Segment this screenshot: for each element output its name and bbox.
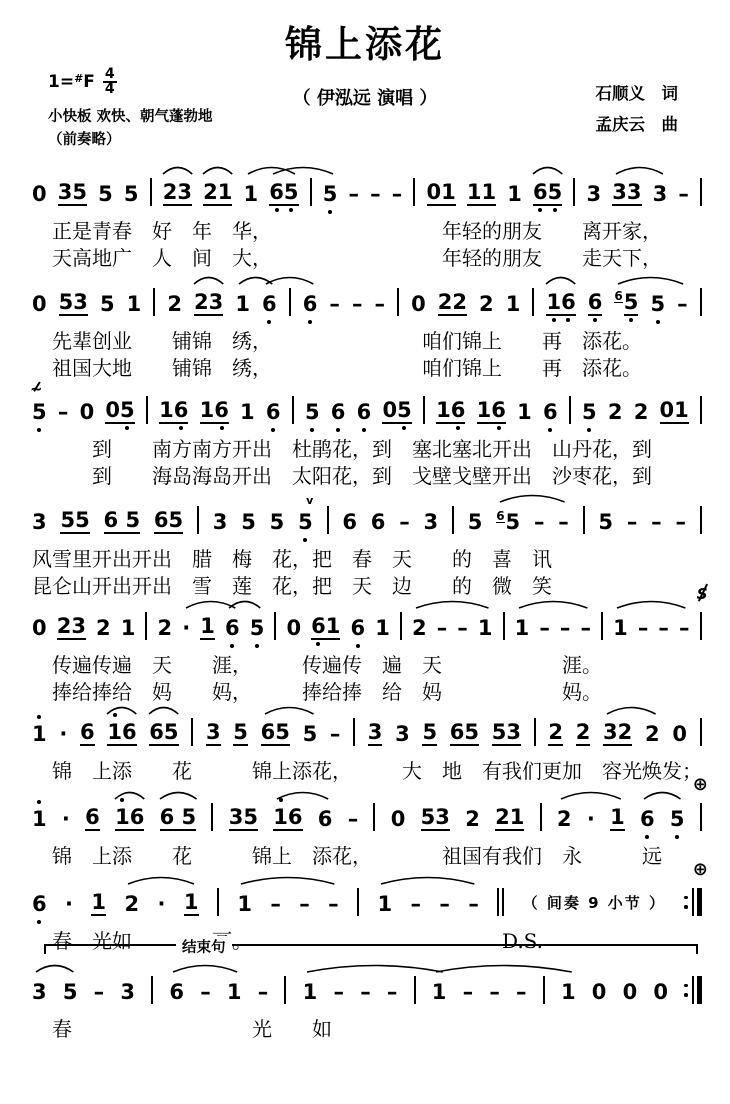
note: 6 [225, 616, 240, 640]
slur-arc [247, 165, 296, 175]
note: 53 [421, 805, 450, 831]
notes-line: 1·6166535655–3356553223220 [32, 702, 702, 758]
note: – [516, 980, 527, 1004]
note: – [258, 980, 269, 1004]
barline [700, 396, 702, 424]
note: – [330, 722, 341, 746]
slur-arc [264, 705, 315, 715]
notes-line: 5~–0051616165660516161652201 [32, 380, 702, 436]
note: 21 [495, 805, 524, 831]
lyrics-line-1: 春 光 如 [32, 1016, 702, 1043]
note: 16 [273, 805, 302, 831]
note: 2 [645, 722, 660, 746]
note: 3 [213, 510, 228, 534]
note: 32 [603, 720, 632, 746]
note: 2 [412, 616, 427, 640]
note: – [299, 892, 310, 916]
slur-arc [643, 790, 682, 800]
notes-line: 6·12·11–––1–––（ 间奏 9 小节 ）⊕ [32, 872, 702, 928]
barline [700, 506, 702, 534]
slur-arc [162, 165, 193, 175]
barline [534, 718, 536, 746]
note: – [329, 292, 340, 316]
note: 1 [240, 400, 255, 424]
sheet-music-page: 锦上添花 （ 伊泓远 演唱 ） 1=#F44 小快板 欢快、朝气蓬勃地 （前奏略… [0, 0, 730, 1104]
slur-arc [415, 599, 489, 609]
note: – [651, 510, 662, 534]
barline [503, 612, 505, 640]
slur-arc [238, 275, 273, 285]
note: 6 [262, 292, 277, 316]
barline [700, 178, 702, 206]
note: 5 [468, 510, 483, 534]
note: 1 [235, 292, 250, 316]
barline [145, 612, 147, 640]
barline [413, 178, 415, 206]
slur-arc [276, 790, 329, 800]
note: 23 [194, 290, 223, 316]
barline [532, 288, 534, 316]
lyrics-line-1: 风雪里开出开出 腊 梅 花，把 春 天 的 喜 讯 [32, 546, 702, 573]
note: 65 [269, 180, 298, 206]
note: 5 [270, 510, 285, 534]
slur-arc [148, 705, 179, 715]
note: 3 [32, 510, 47, 534]
note: 6 [640, 807, 655, 831]
barline [146, 396, 148, 424]
barline [151, 976, 153, 1004]
note: 1 [227, 980, 242, 1004]
note: – [94, 980, 105, 1004]
note: 5 [305, 400, 320, 424]
slur-arc [518, 599, 588, 609]
note: 1 [613, 616, 628, 640]
slur-arc [606, 705, 657, 715]
note: 5 [323, 182, 338, 206]
note: 16 [107, 720, 136, 746]
note: 2 [158, 616, 173, 640]
note: 65 [149, 720, 178, 746]
lyrics-line-1: 先辈创业 铺锦 绣， 咱们锦上 再 添花。 [32, 328, 702, 355]
slur-arc [240, 875, 335, 885]
notes-line: 1·6166 535166–0532212·165⊕ [32, 787, 702, 843]
note: – [328, 892, 339, 916]
system-9: 结束句35–36–1–1–––1–––1000 春 光 如 [32, 944, 702, 1043]
slur-arc [380, 875, 475, 885]
note: 6 [85, 805, 100, 831]
note: – [560, 616, 571, 640]
slur-arc [193, 275, 224, 285]
note: 5 [241, 510, 256, 534]
slur-arc [35, 963, 74, 973]
note: – [679, 616, 690, 640]
coda-icon: ⊕ [693, 862, 708, 878]
note: 5 [650, 292, 665, 316]
note: 6 [371, 510, 386, 534]
note: 0 [286, 616, 301, 640]
note: 1 [432, 980, 447, 1004]
note: 0 [411, 292, 426, 316]
barline [400, 612, 402, 640]
score-body: 0355523211655–––01111653333– 正是青春 好 年 华，… [0, 0, 730, 1104]
note: 65 [496, 510, 520, 534]
note: 6 [169, 980, 184, 1004]
note: · [65, 892, 73, 916]
note: 65 [450, 720, 479, 746]
breath-mark-icon: v [306, 496, 313, 506]
barline [211, 803, 213, 831]
note: 35 [58, 180, 87, 206]
slur-arc [306, 963, 444, 973]
slur-arc [532, 165, 563, 175]
note: 2 [608, 400, 623, 424]
note: 1 [184, 890, 199, 916]
note: – [580, 616, 591, 640]
note: – [677, 292, 688, 316]
coda-icon: ⊕ [693, 777, 708, 793]
slur-arc [228, 599, 261, 609]
note: 1 [478, 616, 493, 640]
note: 5 [98, 182, 113, 206]
note: · [182, 616, 190, 640]
grace-note: 6 [614, 290, 622, 303]
grace-note: 6 [496, 510, 504, 523]
system-4: 3556 5653555v66–3565––5–––风雪里开出开出 腊 梅 花，… [32, 490, 702, 600]
note: 6 [351, 616, 366, 640]
note: 01 [660, 398, 689, 424]
barline [573, 178, 575, 206]
note: 1 [377, 892, 392, 916]
barline [353, 718, 355, 746]
note: 2 [465, 807, 480, 831]
note: 16 [546, 290, 575, 316]
note: – [439, 892, 450, 916]
barline [284, 976, 286, 1004]
note: 0 [623, 980, 638, 1004]
slur-arc [617, 275, 684, 285]
lyrics-line-1: 锦 上添 花 锦上 添花， 祖国有我们 永 远 [32, 843, 702, 870]
note: – [675, 510, 686, 534]
barline [684, 976, 702, 1004]
note: 1 [121, 616, 136, 640]
note: 5 [582, 400, 597, 424]
barline: S [700, 612, 702, 640]
lyrics-line-1: 正是青春 好 年 华， 年轻的朋友 离开家， [32, 218, 702, 245]
interlude-label: （ 间奏 9 小节 ） [523, 892, 666, 913]
system-3: 5~–0051616165660516161652201 到 南方南方开出 杜鹃… [32, 380, 702, 490]
note: – [437, 616, 448, 640]
barline [289, 288, 291, 316]
note: 6 [303, 292, 318, 316]
note: 6 [357, 400, 372, 424]
note: 16 [159, 398, 188, 424]
note: 0 [32, 182, 47, 206]
lyrics-line-2: 到 海岛海岛开出 太阳花，到 戈壁戈壁开出 沙枣花，到 [32, 463, 702, 490]
note: 2 [479, 292, 494, 316]
barline [292, 396, 294, 424]
note: 1 [200, 614, 215, 640]
note: 1 [375, 616, 390, 640]
barline [373, 803, 375, 831]
note: – [349, 182, 360, 206]
lyrics-line-1: 锦 上添 花 锦上添花， 大 地 有我们更加 容光焕发； [32, 758, 702, 785]
note: 6 [588, 290, 603, 316]
note: 53 [59, 290, 88, 316]
note: – [658, 616, 669, 640]
lyrics-line-2: 天高地广 人 间 大， 年轻的朋友 走天下， [32, 245, 702, 272]
note: 3 [653, 182, 668, 206]
note: 0 [391, 807, 406, 831]
note: 05 [382, 398, 411, 424]
note: 35 [229, 805, 258, 831]
ending-label: 结束句 [176, 936, 232, 957]
note: 1 [515, 616, 530, 640]
slur-arc [159, 790, 198, 800]
note: 5 [598, 510, 613, 534]
system-5: 023212·165061612––11–––1–––S 传遍传遍 天 涯， 传… [32, 596, 702, 706]
slur-arc [435, 963, 573, 973]
note: 2 [548, 720, 563, 746]
barline [700, 718, 702, 746]
system-6: 1·6166535655–3356553223220 锦 上添 花 锦上添花， … [32, 702, 702, 785]
note: 5 [670, 807, 685, 831]
note: 5 [303, 722, 318, 746]
note: 6 5 [104, 508, 141, 534]
note: · [59, 722, 67, 746]
note: 2 [557, 807, 572, 831]
system-1: 0355523211655–––01111653333– 正是青春 好 年 华，… [32, 162, 702, 272]
note: 2 [576, 720, 591, 746]
note: 22 [438, 290, 467, 316]
note: – [374, 292, 385, 316]
note: – [539, 616, 550, 640]
note: 5 [100, 292, 115, 316]
note: 33 [612, 180, 641, 206]
note: 0 [80, 400, 95, 424]
note: 16 [436, 398, 465, 424]
note: – [468, 892, 479, 916]
system-2: 05351223166–––02221166655– 先辈创业 铺锦 绣， 咱们… [32, 272, 702, 382]
note: – [200, 980, 211, 1004]
note: – [348, 807, 359, 831]
note: 6 [342, 510, 357, 534]
note: 6 [32, 892, 47, 916]
note: 6 [318, 807, 333, 831]
note: 2 [96, 616, 111, 640]
slur-arc [127, 875, 195, 885]
note: 2 [124, 892, 139, 916]
note: – [392, 182, 403, 206]
barline [327, 506, 329, 534]
note: 1 [561, 980, 576, 1004]
barline [497, 888, 504, 916]
barline [217, 888, 219, 916]
barline [150, 178, 152, 206]
note: 3 [395, 722, 410, 746]
note: 0 [592, 980, 607, 1004]
barline [310, 178, 312, 206]
note: – [370, 182, 381, 206]
note: – [627, 510, 638, 534]
note: – [534, 510, 545, 534]
note: 21 [203, 180, 232, 206]
barline [452, 506, 454, 534]
notes-line: 35–36–1–1–––1–––1000 [32, 960, 702, 1016]
note: 3 [424, 510, 439, 534]
note: 65 [614, 290, 638, 316]
note: 23 [163, 180, 192, 206]
note: 1 [32, 807, 47, 831]
notes-line: 023212·165061612––11–––1–––S [32, 596, 702, 652]
note: 5~ [32, 400, 47, 424]
slur-arc [272, 165, 334, 175]
note: 5 [233, 720, 248, 746]
barline: ⊕ [700, 803, 702, 831]
note: 5 [63, 980, 78, 1004]
note: 05 [105, 398, 134, 424]
note: 3 [587, 182, 602, 206]
note: 11 [467, 180, 496, 206]
note: 6 [543, 400, 558, 424]
slur-arc [114, 790, 145, 800]
note: 5v [298, 510, 313, 534]
note: 1 [303, 980, 318, 1004]
note: 16 [115, 805, 144, 831]
note: 0 [653, 980, 668, 1004]
slur-arc [265, 275, 314, 285]
note: 16 [477, 398, 506, 424]
note: 6 [331, 400, 346, 424]
slur-arc [616, 599, 686, 609]
note: 3 [206, 720, 221, 746]
note: 1 [32, 722, 47, 746]
note: – [463, 980, 474, 1004]
note: 6 [80, 720, 95, 746]
lyrics-line-1: 传遍传遍 天 涯， 传遍传 遍 天 涯。 [32, 652, 702, 679]
note: 2 [167, 292, 182, 316]
note: – [333, 980, 344, 1004]
barline [601, 612, 603, 640]
note: 61 [311, 614, 340, 640]
note: – [399, 510, 410, 534]
note: – [352, 292, 363, 316]
note: 1 [610, 805, 625, 831]
note: 2 [634, 400, 649, 424]
system-8: 6·12·11–––1–––（ 间奏 9 小节 ）⊕ 春 光如 画。 D.S. [32, 872, 702, 955]
slur-arc [545, 275, 576, 285]
note: – [558, 510, 569, 534]
barline [700, 288, 702, 316]
barline [543, 976, 545, 1004]
note: – [457, 616, 468, 640]
note: 3 [32, 980, 47, 1004]
slur-arc [560, 790, 622, 800]
note: 5 [422, 720, 437, 746]
barline [397, 288, 399, 316]
barline [540, 803, 542, 831]
note: 0 [32, 292, 47, 316]
note: 5 [124, 182, 139, 206]
note: · [157, 892, 165, 916]
note: 16 [200, 398, 229, 424]
note: · [62, 807, 70, 831]
note: 1 [127, 292, 142, 316]
barline [357, 888, 359, 916]
lyrics-line-2: 祖国大地 铺锦 绣， 咱们锦上 再 添花。 [32, 355, 702, 382]
barline [583, 506, 585, 534]
note: – [411, 892, 422, 916]
note: 3 [120, 980, 135, 1004]
note: 3 [368, 720, 383, 746]
barline [274, 612, 276, 640]
system-7: 1·6166 535166–0532212·165⊕ 锦 上添 花 锦上 添花，… [32, 787, 702, 870]
note: 1 [91, 890, 106, 916]
notes-line: 3556 5653555v66–3565––5––– [32, 490, 702, 546]
note: · [587, 807, 595, 831]
mordent-icon: ~ [30, 384, 43, 394]
note: – [270, 892, 281, 916]
note: 0 [672, 722, 687, 746]
note: 65 [261, 720, 290, 746]
note: 6 [266, 400, 281, 424]
barline [423, 396, 425, 424]
note: – [638, 616, 649, 640]
note: 5 [250, 616, 265, 640]
barline [414, 976, 416, 1004]
note: 55 [60, 508, 89, 534]
ending-bracket: 结束句 [44, 944, 698, 954]
note: 1 [506, 292, 521, 316]
note: – [678, 182, 689, 206]
note: – [360, 980, 371, 1004]
note: 1 [517, 400, 532, 424]
barline [153, 288, 155, 316]
note: – [58, 400, 69, 424]
slur-arc [499, 493, 566, 503]
segno-icon: S [697, 586, 708, 602]
note: 1 [507, 182, 522, 206]
slur-arc [106, 705, 137, 715]
note: – [387, 980, 398, 1004]
barline [569, 396, 571, 424]
note: 53 [492, 720, 521, 746]
slur-arc [615, 165, 664, 175]
note: 65 [533, 180, 562, 206]
note: 01 [427, 180, 456, 206]
notes-line: 0355523211655–––01111653333– [32, 162, 702, 218]
note: 65 [154, 508, 183, 534]
barline [191, 718, 193, 746]
slur-arc [172, 963, 238, 973]
note: 6 5 [160, 805, 197, 831]
note: – [489, 980, 500, 1004]
barline: ⊕ [684, 888, 702, 916]
note: 0 [32, 616, 47, 640]
note: 1 [244, 182, 259, 206]
note: 23 [57, 614, 86, 640]
barline [197, 506, 199, 534]
note: 1 [237, 892, 252, 916]
slur-arc [185, 599, 236, 609]
lyrics-line-1: 到 南方南方开出 杜鹃花，到 塞北塞北开出 山丹花，到 [32, 436, 702, 463]
slur-arc [202, 165, 233, 175]
notes-line: 05351223166–––02221166655– [32, 272, 702, 328]
